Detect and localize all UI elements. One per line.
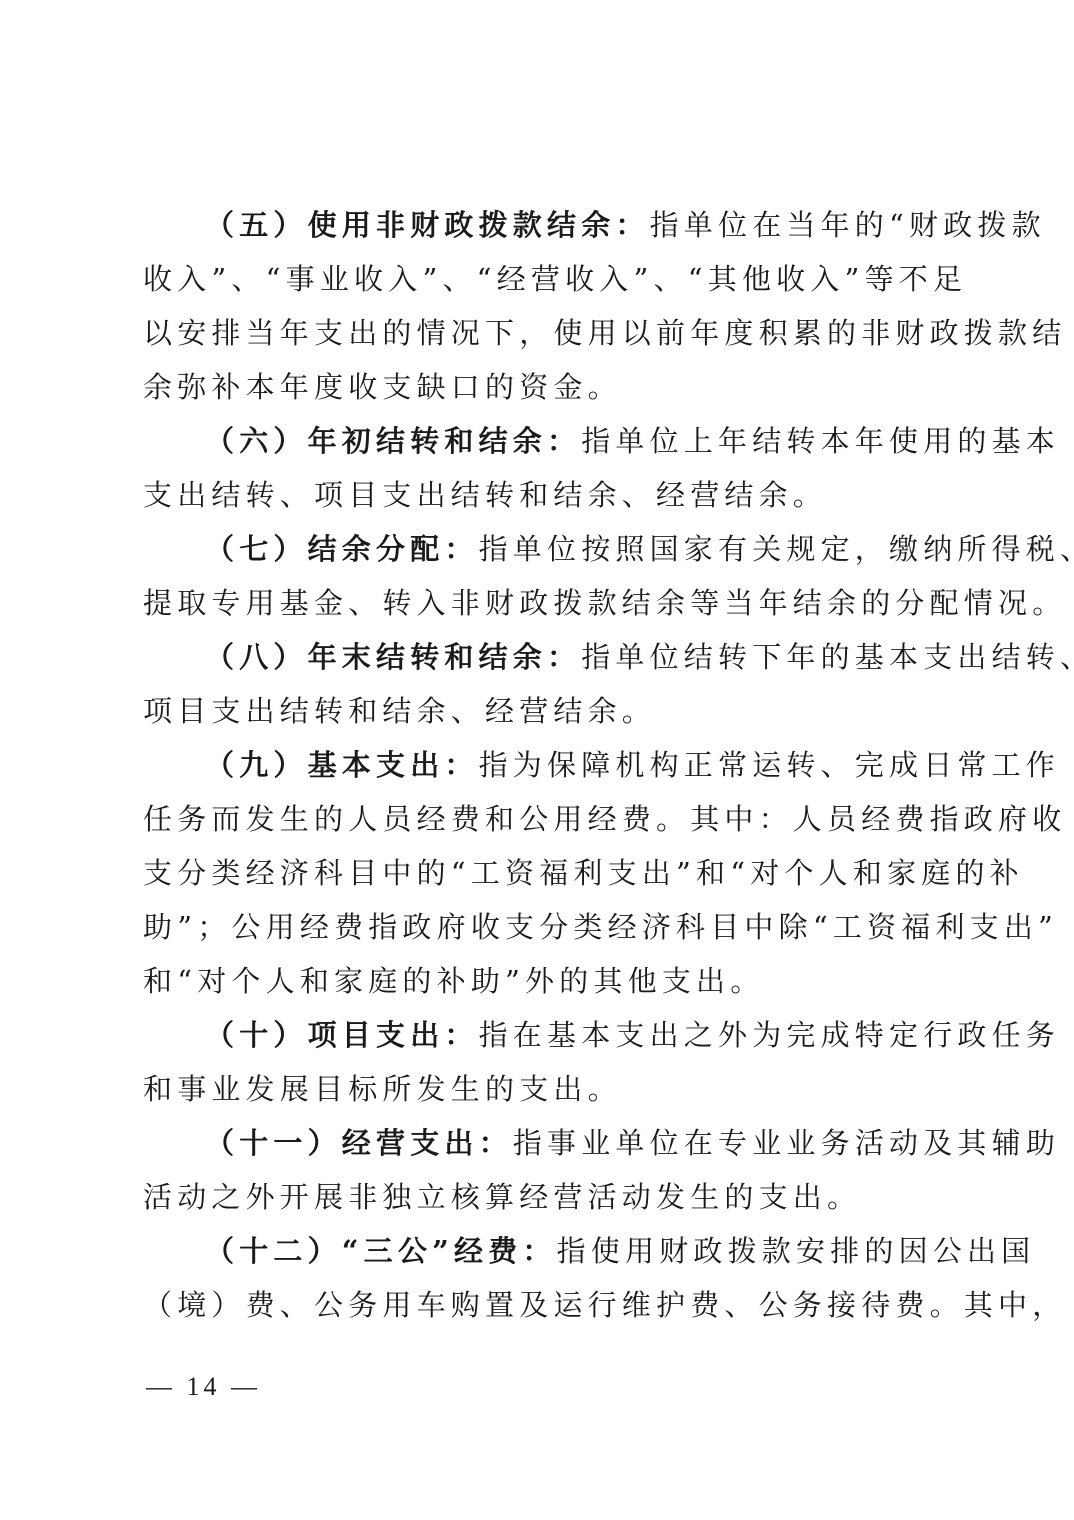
definition-text: 指单位结转下年的基本支出结转、 <box>581 640 1074 674</box>
term-heading: （八）年末结转和结余： <box>205 640 581 674</box>
paragraph-9-line-3: 支分类经济科目中的“工资福利支出”和“对个人和家庭的补 <box>143 846 1024 900</box>
term-heading: （七）结余分配： <box>205 532 479 566</box>
paragraph-8-line-1: （八）年末结转和结余：指单位结转下年的基本支出结转、 <box>205 630 1074 684</box>
definition-text: 指单位在当年的“财政拨款 <box>650 208 1046 242</box>
term-heading: （五）使用非财政拨款结余： <box>205 208 650 242</box>
definition-text: 指单位按照国家有关规定，缴纳所得税、 <box>479 532 1074 566</box>
definition-text: 指使用财政拨款安排的因公出国 <box>557 1234 1036 1268</box>
page-number: — 14 — <box>146 1372 261 1402</box>
paragraph-9-line-5: 和“对个人和家庭的补助”外的其他支出。 <box>143 954 764 1008</box>
paragraph-9-line-2: 任务而发生的人员经费和公用经费。其中：人员经费指政府收 <box>143 792 1066 846</box>
paragraph-5-line-2: 收入”、“事业收入”、“经营收入”、“其他收入”等不足 <box>143 252 967 306</box>
paragraph-10-line-1: （十）项目支出：指在基本支出之外为完成特定行政任务 <box>205 1008 1060 1062</box>
paragraph-5-line-1: （五）使用非财政拨款结余：指单位在当年的“财政拨款 <box>205 198 1046 252</box>
definition-text: 指为保障机构正常运转、完成日常工作 <box>479 748 1060 782</box>
paragraph-7-line-1: （七）结余分配：指单位按照国家有关规定，缴纳所得税、 <box>205 522 1074 576</box>
term-heading: （十）项目支出： <box>205 1018 479 1052</box>
definition-text: 指单位上年结转本年使用的基本 <box>581 424 1060 458</box>
paragraph-9-line-4: 助”；公用经费指政府收支分类经济科目中除“工资福利支出” <box>143 900 1058 954</box>
term-heading: （十一）经营支出： <box>205 1126 513 1160</box>
paragraph-6-line-2: 支出结转、项目支出结转和结余、经营结余。 <box>143 468 827 522</box>
paragraph-8-line-2: 项目支出结转和结余、经营结余。 <box>143 684 656 738</box>
paragraph-9-line-1: （九）基本支出：指为保障机构正常运转、完成日常工作 <box>205 738 1060 792</box>
definition-text: 指事业单位在专业业务活动及其辅助 <box>513 1126 1060 1160</box>
paragraph-11-line-2: 活动之外开展非独立核算经营活动发生的支出。 <box>143 1170 861 1224</box>
definition-text: 指在基本支出之外为完成特定行政任务 <box>479 1018 1060 1052</box>
paragraph-5-line-4: 余弥补本年度收支缺口的资金。 <box>143 360 622 414</box>
paragraph-7-line-2: 提取专用基金、转入非财政拨款结余等当年结余的分配情况。 <box>143 576 1066 630</box>
paragraph-5-line-3: 以安排当年支出的情况下，使用以前年度积累的非财政拨款结 <box>143 306 1066 360</box>
paragraph-11-line-1: （十一）经营支出：指事业单位在专业业务活动及其辅助 <box>205 1116 1060 1170</box>
paragraph-10-line-2: 和事业发展目标所发生的支出。 <box>143 1062 622 1116</box>
term-heading: （十二）“三公”经费： <box>205 1234 557 1268</box>
term-heading: （九）基本支出： <box>205 748 479 782</box>
paragraph-12-line-2: （境）费、公务用车购置及运行维护费、公务接待费。其中， <box>143 1278 1066 1332</box>
term-heading: （六）年初结转和结余： <box>205 424 581 458</box>
paragraph-6-line-1: （六）年初结转和结余：指单位上年结转本年使用的基本 <box>205 414 1060 468</box>
paragraph-12-line-1: （十二）“三公”经费：指使用财政拨款安排的因公出国 <box>205 1224 1035 1278</box>
